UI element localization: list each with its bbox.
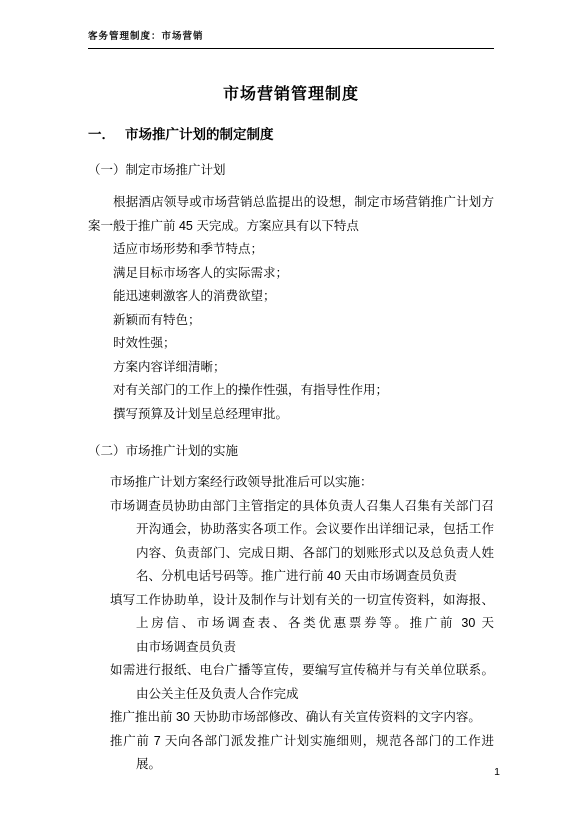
- document-title: 市场营销管理制度: [88, 85, 494, 105]
- implementation-item: 市场调查员协助由部门主管指定的具体负责人召集人召集有关部门召开沟通会，协助落实各…: [110, 495, 494, 589]
- implementation-item: 如需进行报纸、电台广播等宣传，要编写宣传稿并与有关单位联系。由公关主任及负责人合…: [110, 659, 494, 706]
- implementation-item: 填写工作协助单，设计及制作与计划有关的一切宣传资料，如海报、上房信、市场调查表、…: [110, 589, 494, 660]
- section-one-heading: 一．市场推广计划的制定制度: [88, 126, 494, 144]
- implementation-item: 推广前 7 天向各部门派发推广计划实施细则，规范各部门的工作进展。: [110, 730, 494, 777]
- feature-list: 适应市场形势和季节特点；满足目标市场客人的实际需求；能迅速刺激客人的消费欲望；新…: [113, 238, 494, 426]
- feature-line: 撰写预算及计划呈总经理审批。: [113, 403, 494, 427]
- implementation-intro: 市场推广计划方案经行政领导批准后可以实施：: [110, 471, 494, 495]
- feature-line: 满足目标市场客人的实际需求；: [113, 262, 494, 286]
- feature-line: 适应市场形势和季节特点；: [113, 238, 494, 262]
- subsection-one-heading: （一）制定市场推广计划: [88, 161, 494, 179]
- feature-line: 方案内容详细清晰；: [113, 356, 494, 380]
- section-one-number: 一．: [88, 127, 115, 142]
- header-text: 客务管理制度：市场营销: [88, 31, 204, 42]
- document-page: 客务管理制度：市场营销 市场营销管理制度 一．市场推广计划的制定制度 （一）制定…: [0, 0, 582, 825]
- subsection-two-heading: （二）市场推广计划的实施: [88, 442, 494, 460]
- implementation-list: 市场推广计划方案经行政领导批准后可以实施： 市场调查员协助由部门主管指定的具体负…: [110, 471, 494, 777]
- subsection-one-intro: 根据酒店领导或市场营销总监提出的设想，制定市场营销推广计划方案一般于推广前 45…: [88, 191, 494, 238]
- feature-line: 能迅速刺激客人的消费欲望；: [113, 285, 494, 309]
- implementation-items: 市场调查员协助由部门主管指定的具体负责人召集人召集有关部门召开沟通会，协助落实各…: [110, 495, 494, 777]
- page-number: 1: [494, 765, 500, 779]
- feature-line: 新颖而有特色；: [113, 309, 494, 333]
- feature-line: 时效性强；: [113, 332, 494, 356]
- feature-line: 对有关部门的工作上的操作性强，有指导性作用；: [113, 379, 494, 403]
- section-one-title: 市场推广计划的制定制度: [125, 127, 274, 142]
- page-header: 客务管理制度：市场营销: [88, 30, 494, 49]
- implementation-item: 推广推出前 30 天协助市场部修改、确认有关宣传资料的文字内容。: [110, 706, 494, 730]
